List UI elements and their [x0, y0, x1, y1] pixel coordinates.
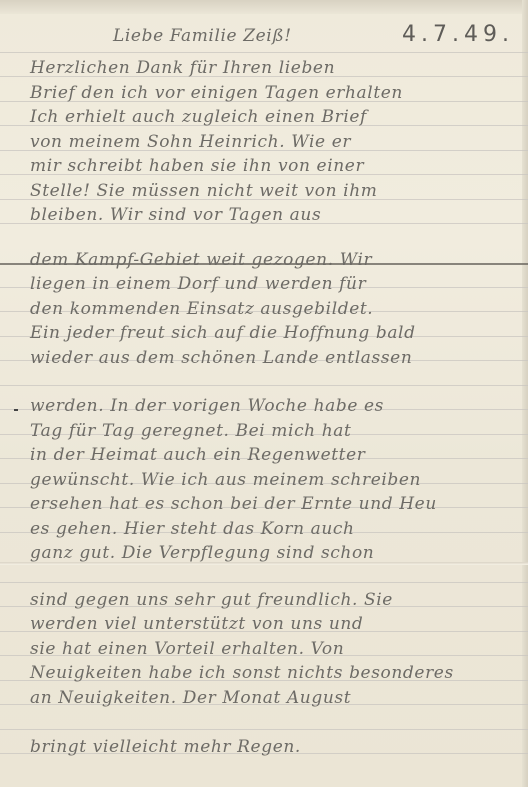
paper-right-edge: [522, 0, 528, 787]
ruled-line: [0, 385, 528, 386]
paper-top-edge: [0, 0, 528, 14]
letter-line: sie hat einen Vorteil erhalten. Von: [30, 639, 344, 659]
letter-line: ersehen hat es schon bei der Ernte und H…: [30, 494, 437, 514]
ruled-line: [0, 52, 528, 53]
letter-line: Herzlichen Dank für Ihren lieben: [30, 58, 335, 78]
ruled-line: [0, 729, 528, 730]
letter-line: Neuigkeiten habe ich sonst nichts besond…: [30, 663, 454, 683]
letter-line: ganz gut. Die Verpflegung sind schon: [30, 543, 374, 563]
letter-date: 4.7.49.: [402, 22, 514, 47]
letter-line: bleiben. Wir sind vor Tagen aus: [30, 205, 321, 225]
letter-line: Ein jeder freut sich auf die Hoffnung ba…: [30, 323, 416, 343]
letter-line: gewünscht. Wie ich aus meinem schreiben: [30, 470, 421, 490]
letter-line: den kommenden Einsatz ausgebildet.: [30, 299, 373, 319]
ruled-line: [0, 582, 528, 583]
margin-mark: [14, 409, 18, 411]
letter-line: es gehen. Hier steht das Korn auch: [30, 519, 355, 539]
letter-line: werden viel unterstützt von uns und: [30, 614, 363, 634]
letter-line: Tag für Tag geregnet. Bei mich hat: [30, 421, 351, 441]
letter-line: sind gegen uns sehr gut freundlich. Sie: [30, 590, 393, 610]
letter-line: Ich erhielt auch zugleich einen Brief: [30, 107, 367, 127]
salutation: Liebe Familie Zeiß!: [113, 26, 292, 46]
letter-line: Stelle! Sie müssen nicht weit von ihm: [30, 181, 377, 201]
letter-line: mir schreibt haben sie ihn von einer: [30, 156, 364, 176]
letter-line: dem Kampf-Gebiet weit gezogen. Wir: [30, 250, 372, 270]
letter-line: liegen in einem Dorf und werden für: [30, 274, 366, 294]
letter-line: werden. In der vorigen Woche habe es: [30, 396, 384, 416]
letter-line: von meinem Sohn Heinrich. Wie er: [30, 132, 351, 152]
letter-line: wieder aus dem schönen Lande entlassen: [30, 348, 412, 368]
letter-line: Brief den ich vor einigen Tagen erhalten: [30, 83, 403, 103]
letter-line: bringt vielleicht mehr Regen.: [30, 737, 301, 757]
letter-line: an Neuigkeiten. Der Monat August: [30, 688, 351, 708]
letter-page: Liebe Familie Zeiß! 4.7.49. Herzlichen D…: [0, 0, 528, 787]
letter-line: in der Heimat auch ein Regenwetter: [30, 445, 366, 465]
